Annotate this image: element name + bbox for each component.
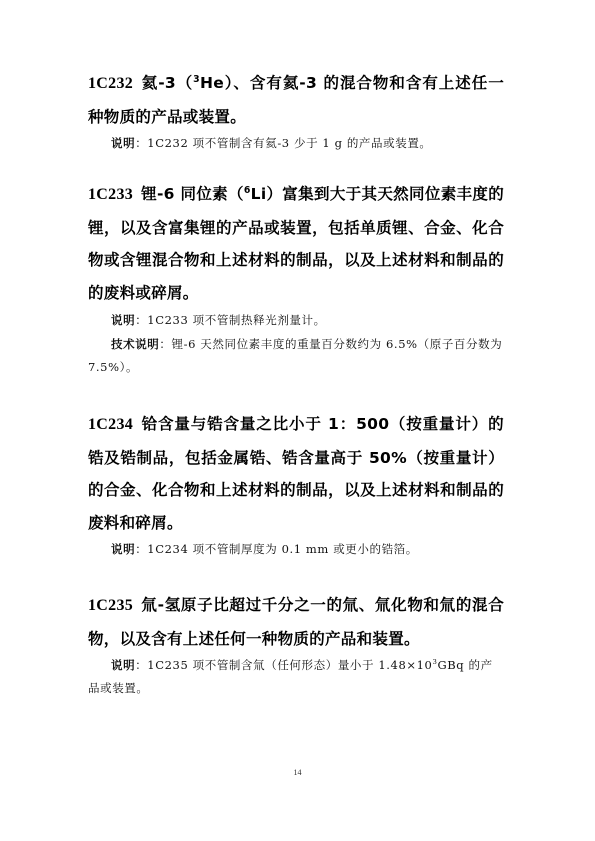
note-label: 技术说明	[111, 337, 159, 351]
section-1c235-heading: 1C235氚-氢原子比超过千分之一的氚、氚化物和氚的混合物，以及含有上述任何一种…	[88, 589, 504, 655]
section-code: 1C232	[88, 75, 133, 92]
section-1c234-note: 说明：1C234 项不管制厚度为 0.1 mm 或更小的锆箔。	[88, 538, 504, 561]
note-label: 说明	[111, 136, 135, 150]
section-code: 1C235	[88, 597, 133, 614]
section-code: 1C234	[88, 416, 133, 433]
section-1c232-note: 说明：1C232 项不管制含有氦-3 少于 1 g 的产品或装置。	[88, 132, 504, 155]
note-label: 说明	[111, 542, 135, 556]
section-1c233-technical-note: 技术说明：锂-6 天然同位素丰度的重量百分数约为 6.5%（原子百分数为 7.5…	[88, 333, 504, 379]
page-number: 14	[0, 768, 595, 777]
section-1c234-heading: 1C234铪含量与锆含量之比小于 1：500（按重量计）的锆及锆制品，包括金属锆…	[88, 408, 504, 539]
note-label: 说明	[111, 658, 135, 672]
section-1c233-note: 说明：1C233 项不管制热释光剂量计。	[88, 309, 504, 332]
section-1c235-note: 说明：1C235 项不管制含氚（任何形态）量小于 1.48×103GBq 的产品…	[88, 654, 504, 700]
section-1c232-heading: 1C232氦-3（3He）、含有氦-3 的混合物和含有上述任一种物质的产品或装置…	[88, 67, 504, 133]
note-label: 说明	[111, 313, 135, 327]
section-1c233-heading: 1C233锂-6 同位素（6Li）富集到大于其天然同位素丰度的锂，以及含富集锂的…	[88, 178, 504, 309]
section-code: 1C233	[88, 186, 133, 203]
